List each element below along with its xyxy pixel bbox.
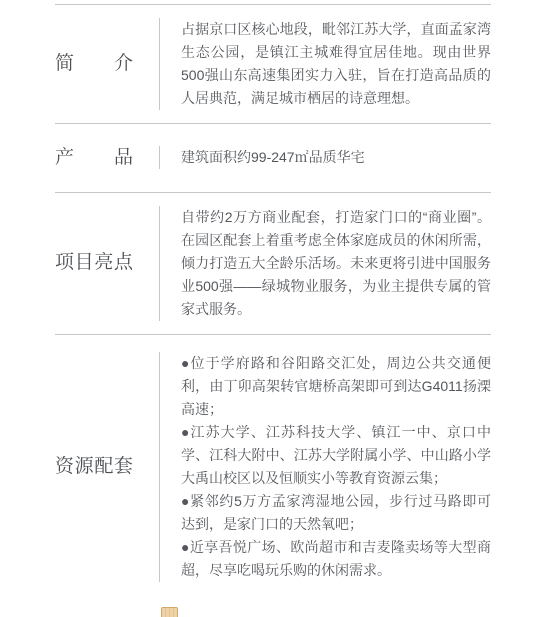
- section-resources: 资源配套 ●位于学府路和谷阳路交汇处，周边公共交通便利，由丁卯高架转官塘桥高架即…: [55, 334, 491, 586]
- section-label-resources: 资源配套: [55, 455, 133, 479]
- clipped-tan-sticker-icon: [161, 607, 178, 617]
- intro-paragraph: 占据京口区核心地段，毗邻江苏大学，直面孟家湾生态公园，是镇江主城难得宜居佳地。现…: [181, 18, 491, 110]
- section-highlights: 项目亮点 自带约2万方商业配套，打造家门口的“商业圈”。在园区配套上着重考虑全体…: [55, 192, 491, 334]
- section-product: 产品 建筑面积约99-247㎡品质华宅: [55, 123, 491, 192]
- section-content-resources: ●位于学府路和谷阳路交汇处，周边公共交通便利，由丁卯高架转官塘桥高架即可到达G4…: [159, 352, 491, 582]
- section-intro: 简介 占据京口区核心地段，毗邻江苏大学，直面孟家湾生态公园，是镇江主城难得宜居佳…: [55, 4, 491, 123]
- highlights-paragraph: 自带约2万方商业配套，打造家门口的“商业圈”。在园区配套上着重考虑全体家庭成员的…: [181, 206, 491, 321]
- section-label-highlights: 项目亮点: [55, 251, 133, 275]
- section-label-product: 产品: [55, 146, 133, 170]
- resources-bullet-park: ●紧邻约5万方孟家湾湿地公园，步行过马路即可达到，是家门口的天然氧吧；: [181, 490, 491, 536]
- section-content-product: 建筑面积约99-247㎡品质华宅: [159, 146, 491, 169]
- resources-bullet-education: ●江苏大学、江苏科技大学、镇江一中、京口中学、江科大附中、江苏大学附属小学、中山…: [181, 421, 491, 490]
- section-label-intro: 简介: [55, 52, 133, 76]
- section-content-highlights: 自带约2万方商业配套，打造家门口的“商业圈”。在园区配套上着重考虑全体家庭成员的…: [159, 206, 491, 321]
- section-content-intro: 占据京口区核心地段，毗邻江苏大学，直面孟家湾生态公园，是镇江主城难得宜居佳地。现…: [159, 18, 491, 110]
- resources-bullet-shopping: ●近享吾悦广场、欧尚超市和吉麦隆卖场等大型商超，尽享吃喝玩乐购的休闲需求。: [181, 536, 491, 582]
- product-paragraph: 建筑面积约99-247㎡品质华宅: [181, 146, 491, 169]
- resources-bullet-transport: ●位于学府路和谷阳路交汇处，周边公共交通便利，由丁卯高架转官塘桥高架即可到达G4…: [181, 352, 491, 421]
- property-info-panel: 简介 占据京口区核心地段，毗邻江苏大学，直面孟家湾生态公园，是镇江主城难得宜居佳…: [55, 4, 491, 586]
